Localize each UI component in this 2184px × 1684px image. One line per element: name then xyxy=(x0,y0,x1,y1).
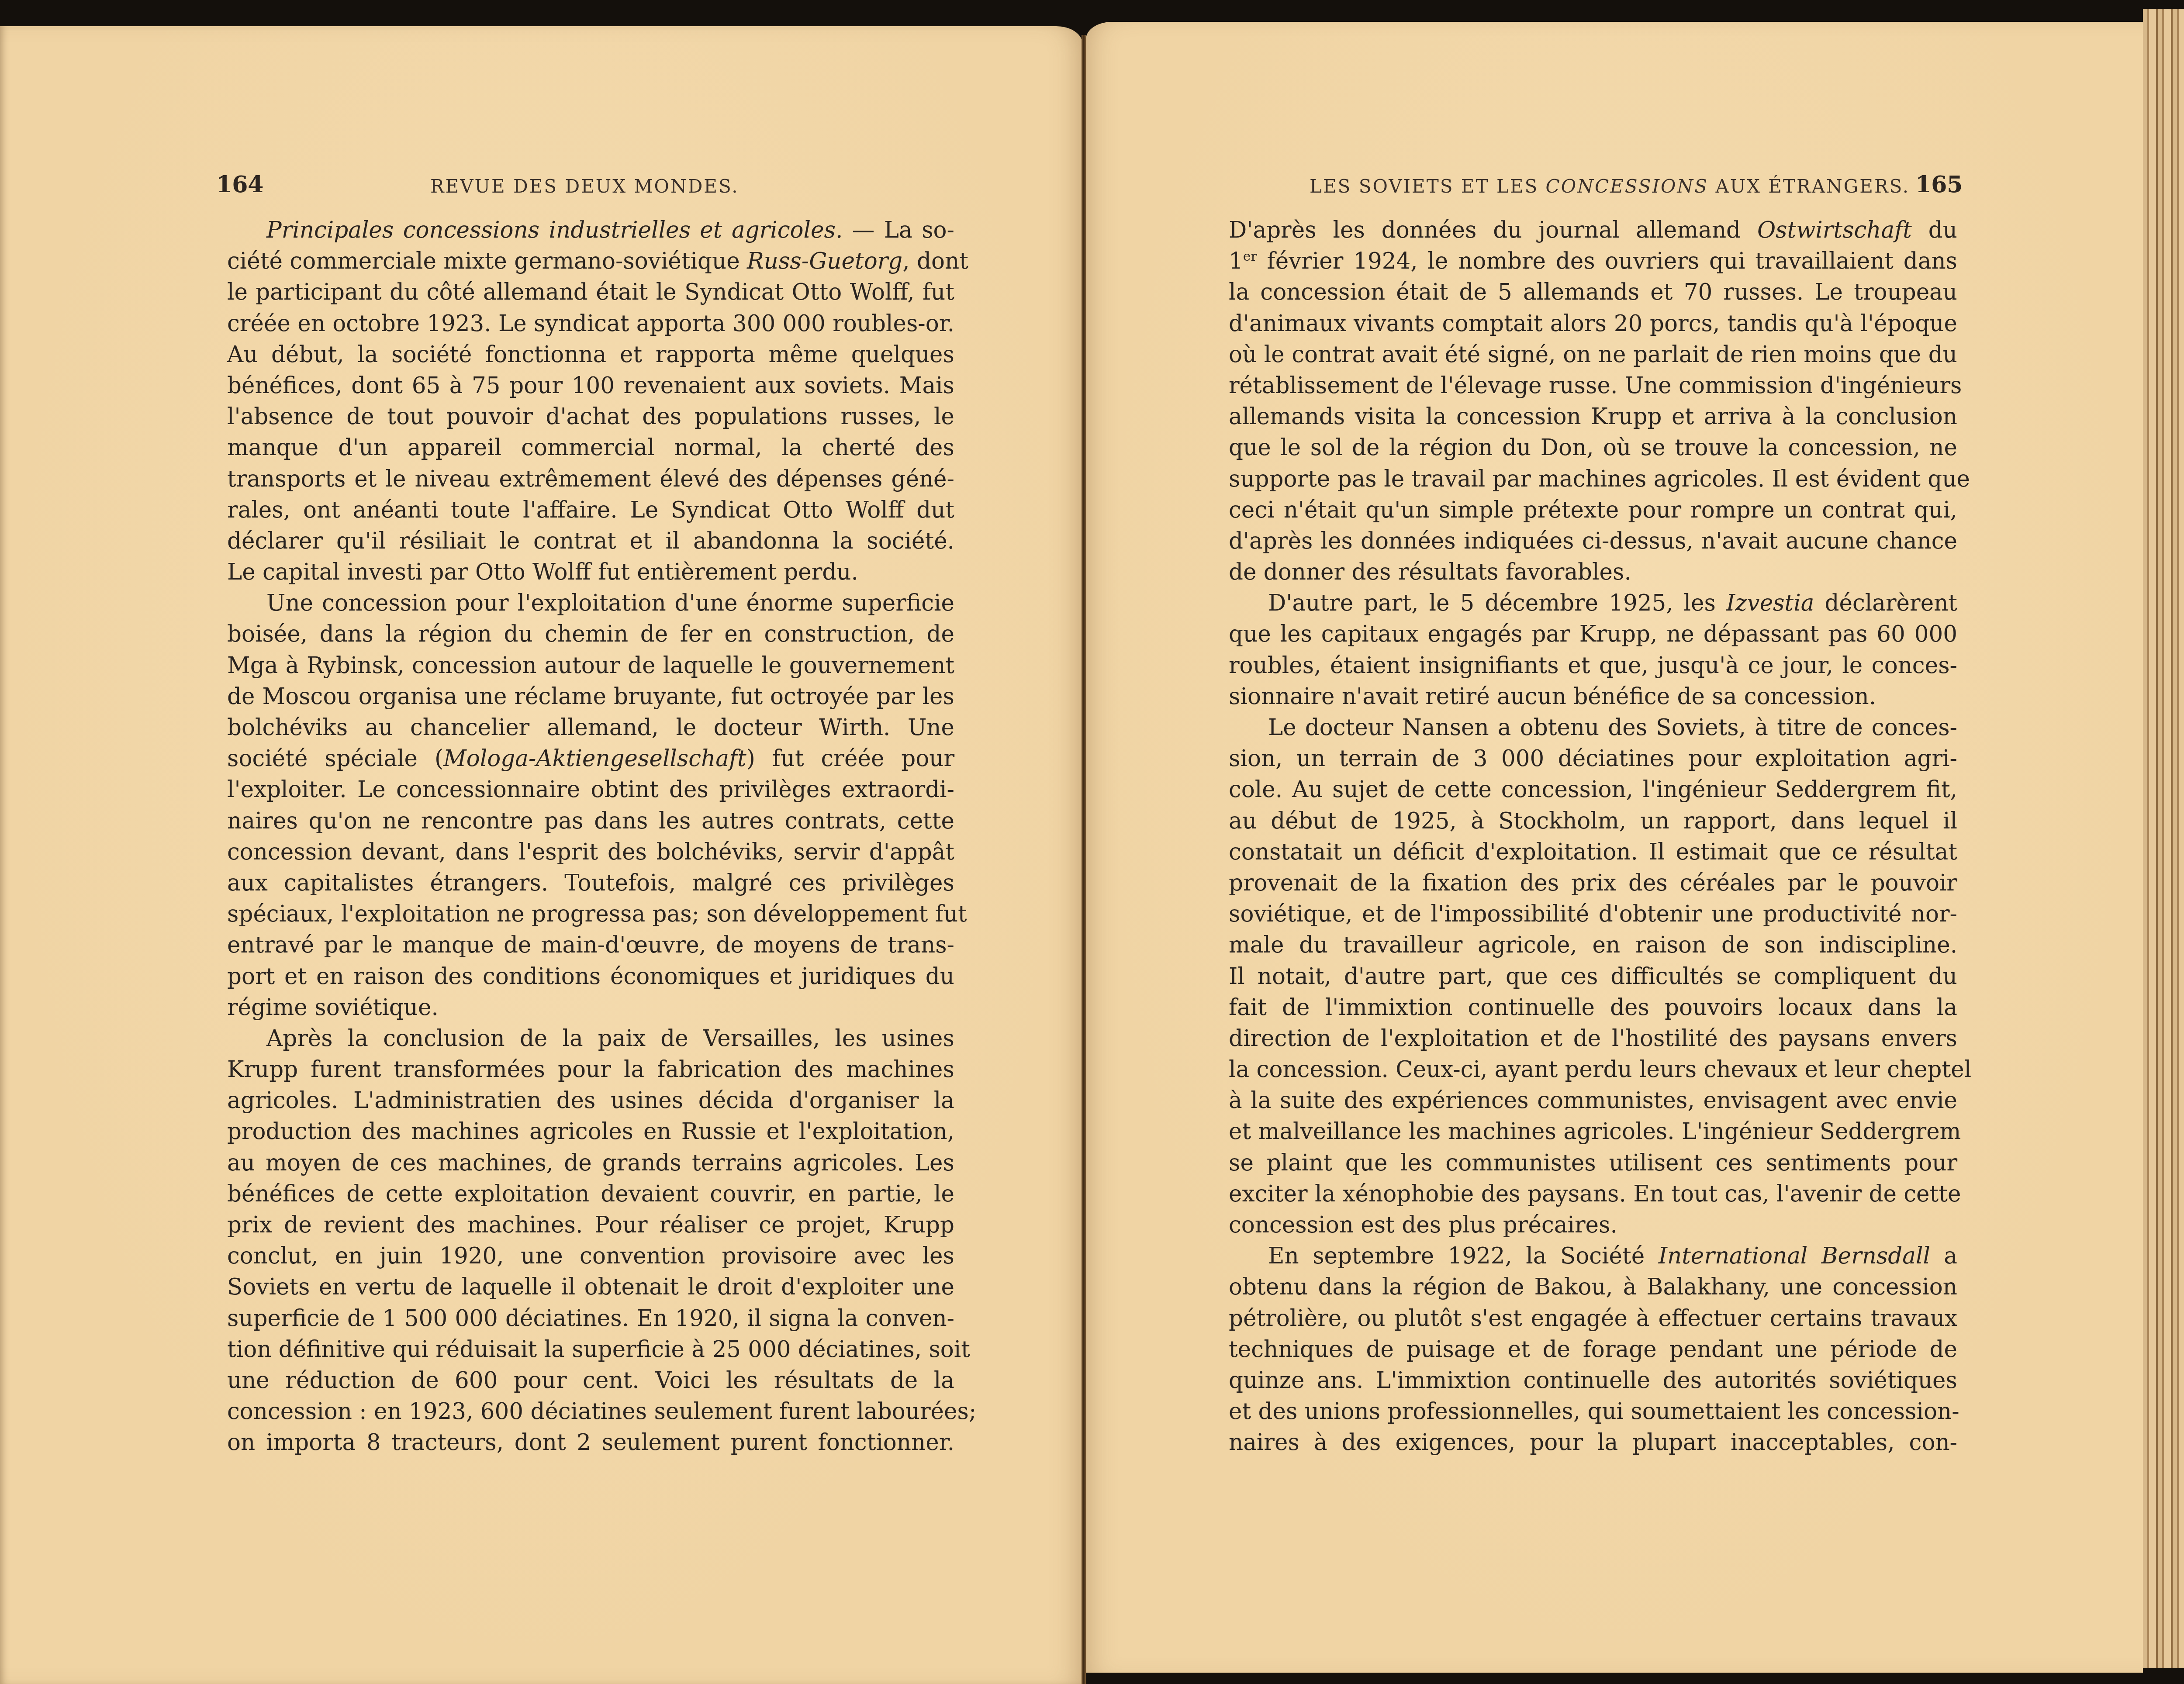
text-segment: transports et le niveau extrêmement élev… xyxy=(227,466,954,492)
text-segment: constatait un déficit d'exploitation. Il… xyxy=(1229,839,1957,865)
text-segment: agricoles. L'administratien des usines d… xyxy=(227,1087,954,1114)
text-segment: de Moscou organisa une réclame bruyante,… xyxy=(227,683,954,710)
text-segment: bénéfices de cette exploitation devaient… xyxy=(227,1181,954,1207)
text-segment: février 1924, le nombre des ouvriers qui… xyxy=(1257,248,1957,274)
text-segment: Soviets en vertu de laquelle il obtenait… xyxy=(227,1274,954,1300)
text-line: male du travailleur agricole, en raison … xyxy=(1229,930,1957,961)
text-line: bolchéviks au chancelier allemand, le do… xyxy=(227,712,954,743)
text-line: et malveillance les machines agricoles. … xyxy=(1229,1116,1957,1147)
text-segment: supporte pas le travail par machines agr… xyxy=(1229,466,1970,492)
text-segment: rétablissement de l'élevage russe. Une c… xyxy=(1229,373,1962,399)
text-line: Le capital investi par Otto Wolff fut en… xyxy=(227,557,954,588)
text-segment: sionnaire n'avait retiré aucun bénéfice … xyxy=(1229,683,1876,710)
text-segment: on importa 8 tracteurs, dont 2 seulement… xyxy=(227,1429,954,1456)
right-running-head: LES SOVIETS ET LES CONCESSIONS AUX ÉTRAN… xyxy=(1310,176,1910,197)
text-segment: d'animaux vivants comptait alors 20 porc… xyxy=(1229,311,1957,337)
text-segment: soviétique, et de l'impossibilité d'obte… xyxy=(1229,901,1957,927)
italic-text: Mologa-Aktiengesellschaft xyxy=(443,745,746,772)
text-segment: En septembre 1922, la Société xyxy=(1268,1243,1659,1269)
text-line: concession : en 1923, 600 déciatines seu… xyxy=(227,1396,954,1427)
text-segment: que le sol de la région du Don, où se tr… xyxy=(1229,435,1957,461)
text-line: manque d'un appareil commercial normal, … xyxy=(227,432,954,463)
text-line: la concession était de 5 allemands et 70… xyxy=(1229,277,1957,308)
italic-text: Ostwirtschaft xyxy=(1757,217,1912,243)
text-segment: spéciaux, l'exploitation ne progressa pa… xyxy=(227,901,967,927)
text-line: on importa 8 tracteurs, dont 2 seulement… xyxy=(227,1427,954,1458)
text-line: société spéciale (Mologa-Aktiengesellsch… xyxy=(227,743,954,774)
text-line: ceci n'était qu'un simple prétexte pour … xyxy=(1229,495,1957,526)
text-segment: fait de l'immixtion continuelle des pouv… xyxy=(1229,994,1957,1021)
text-segment: Au début, la société fonctionna et rappo… xyxy=(227,342,954,368)
text-segment: pétrolière, ou plutôt s'est engagée à ef… xyxy=(1229,1305,1957,1332)
text-segment: er xyxy=(1243,249,1257,264)
text-segment: provenait de la fixation des prix des cé… xyxy=(1229,870,1957,896)
text-segment: Le docteur Nansen a obtenu des Soviets, … xyxy=(1268,714,1957,741)
text-segment: Le capital investi par Otto Wolff fut en… xyxy=(227,559,858,585)
page-edges xyxy=(2143,9,2184,1668)
text-line: au moyen de ces machines, de grands terr… xyxy=(227,1148,954,1179)
text-segment: entravé par le manque de main-d'œuvre, d… xyxy=(227,932,954,958)
text-line: le participant du côté allemand était le… xyxy=(227,277,954,308)
text-segment: prix de revient des machines. Pour réali… xyxy=(227,1212,954,1238)
text-segment: ) fut créée pour xyxy=(746,745,954,772)
text-line: de donner des résultats favorables. xyxy=(1229,557,1957,588)
text-segment: une réduction de 600 pour cent. Voici le… xyxy=(227,1367,954,1394)
text-line: supporte pas le travail par machines agr… xyxy=(1229,464,1957,495)
running-head-post: AUX ÉTRANGERS. xyxy=(1708,176,1910,197)
text-line: aux capitalistes étrangers. Toutefois, m… xyxy=(227,868,954,899)
text-line: et des unions professionnelles, qui soum… xyxy=(1229,1396,1957,1427)
text-segment: bénéfices, dont 65 à 75 pour 100 revenai… xyxy=(227,373,954,399)
text-segment: à la suite des expériences communistes, … xyxy=(1229,1087,1957,1114)
text-segment: concession : en 1923, 600 déciatines seu… xyxy=(227,1398,976,1425)
text-segment: a xyxy=(1930,1243,1957,1269)
text-segment: d'après les données indiquées ci-dessus,… xyxy=(1229,528,1957,554)
text-line: rétablissement de l'élevage russe. Une c… xyxy=(1229,370,1957,401)
text-line: bénéfices de cette exploitation devaient… xyxy=(227,1179,954,1210)
italic-text: Russ-Guetorg xyxy=(747,248,902,274)
text-line: roubles, étaient insignifiants et que, j… xyxy=(1229,650,1957,681)
book-gutter xyxy=(1082,35,1086,1684)
text-line: D'après les données du journal allemand … xyxy=(1229,215,1957,246)
text-segment: Il notait, d'autre part, que ces difficu… xyxy=(1229,963,1957,990)
text-line: naires qu'on ne rencontre pas dans les a… xyxy=(227,806,954,837)
text-segment: naires qu'on ne rencontre pas dans les a… xyxy=(227,808,954,834)
text-line: port et en raison des conditions économi… xyxy=(227,961,954,992)
text-segment: direction de l'exploitation et de l'host… xyxy=(1229,1025,1957,1052)
text-line: bénéfices, dont 65 à 75 pour 100 revenai… xyxy=(227,370,954,401)
text-line: Krupp furent transformées pour la fabric… xyxy=(227,1054,954,1085)
text-line: En septembre 1922, la Société Internatio… xyxy=(1229,1241,1957,1272)
text-segment: obtenu dans la région de Bakou, à Balakh… xyxy=(1229,1274,1957,1300)
text-segment: superficie de 1 500 000 déciatines. En 1… xyxy=(227,1305,954,1332)
text-segment: manque d'un appareil commercial normal, … xyxy=(227,435,954,461)
text-line: créée en octobre 1923. Le syndicat appor… xyxy=(227,308,954,339)
text-line: soviétique, et de l'impossibilité d'obte… xyxy=(1229,899,1957,930)
text-line: pétrolière, ou plutôt s'est engagée à ef… xyxy=(1229,1303,1957,1334)
left-page-body: Principales concessions industrielles et… xyxy=(227,215,954,1459)
text-segment: concession devant, dans l'esprit des bol… xyxy=(227,839,954,865)
text-line: d'animaux vivants comptait alors 20 porc… xyxy=(1229,308,1957,339)
text-line: conclut, en juin 1920, une convention pr… xyxy=(227,1241,954,1272)
text-segment: conclut, en juin 1920, une convention pr… xyxy=(227,1243,954,1269)
text-line: transports et le niveau extrêmement élev… xyxy=(227,464,954,495)
text-line: ciété commerciale mixte germano-soviétiq… xyxy=(227,246,954,277)
text-segment: port et en raison des conditions économi… xyxy=(227,963,954,990)
text-segment: déclarèrent xyxy=(1814,590,1957,616)
text-line: Mga à Rybinsk, concession autour de laqu… xyxy=(227,650,954,681)
text-segment: se plaint que les communistes utilisent … xyxy=(1229,1150,1957,1176)
text-line: une réduction de 600 pour cent. Voici le… xyxy=(227,1365,954,1396)
italic-text: International Bernsdall xyxy=(1659,1243,1930,1269)
italic-text: Izvestia xyxy=(1726,590,1814,616)
text-segment: Après la conclusion de la paix de Versai… xyxy=(266,1025,954,1052)
text-segment: exciter la xénophobie des paysans. En to… xyxy=(1229,1181,1961,1207)
text-segment: Mga à Rybinsk, concession autour de laqu… xyxy=(227,652,954,679)
text-segment: concession est des plus précaires. xyxy=(1229,1212,1617,1238)
text-line: production des machines agricoles en Rus… xyxy=(227,1116,954,1147)
text-line: concession devant, dans l'esprit des bol… xyxy=(227,837,954,868)
text-line: l'exploiter. Le concessionnaire obtint d… xyxy=(227,774,954,805)
text-segment: le participant du côté allemand était le… xyxy=(227,279,954,305)
text-segment: ciété commerciale mixte germano-soviétiq… xyxy=(227,248,747,274)
text-segment: au début de 1925, à Stockholm, un rappor… xyxy=(1229,808,1957,834)
text-line: cole. Au sujet de cette concession, l'in… xyxy=(1229,774,1957,805)
text-segment: , dont xyxy=(902,248,968,274)
book-spread: 164 REVUE DES DEUX MONDES. LES SOVIETS E… xyxy=(0,0,2184,1684)
text-line: Principales concessions industrielles et… xyxy=(227,215,954,246)
text-segment: et des unions professionnelles, qui soum… xyxy=(1229,1398,1959,1425)
text-segment: que les capitaux engagés par Krupp, ne d… xyxy=(1229,621,1957,647)
text-line: quinze ans. L'immixtion continuelle des … xyxy=(1229,1365,1957,1396)
text-segment: Krupp furent transformées pour la fabric… xyxy=(227,1056,954,1083)
text-line: de Moscou organisa une réclame bruyante,… xyxy=(227,681,954,712)
text-line: à la suite des expériences communistes, … xyxy=(1229,1085,1957,1116)
text-segment: D'autre part, le 5 décembre 1925, les xyxy=(1268,590,1726,616)
text-line: sion, un terrain de 3 000 déciatines pou… xyxy=(1229,743,1957,774)
text-line: constatait un déficit d'exploitation. Il… xyxy=(1229,837,1957,868)
text-line: Soviets en vertu de laquelle il obtenait… xyxy=(227,1272,954,1303)
text-line: où le contrat avait été signé, on ne par… xyxy=(1229,339,1957,370)
text-segment: cole. Au sujet de cette concession, l'in… xyxy=(1229,776,1957,803)
text-line: Après la conclusion de la paix de Versai… xyxy=(227,1023,954,1054)
text-segment: boisée, dans la région du chemin de fer … xyxy=(227,621,954,647)
left-running-head: REVUE DES DEUX MONDES. xyxy=(430,176,739,197)
text-segment: l'absence de tout pouvoir d'achat des po… xyxy=(227,404,954,430)
text-line: Le docteur Nansen a obtenu des Soviets, … xyxy=(1229,712,1957,743)
text-segment: allemands visita la concession Krupp et … xyxy=(1229,404,1957,430)
text-segment: 1 xyxy=(1229,248,1243,274)
text-segment: la concession était de 5 allemands et 70… xyxy=(1229,279,1957,305)
text-line: Il notait, d'autre part, que ces difficu… xyxy=(1229,961,1957,992)
text-segment: rales, ont anéanti toute l'affaire. Le S… xyxy=(227,497,954,523)
text-line: techniques de puisage et de forage penda… xyxy=(1229,1334,1957,1365)
text-segment: déclarer qu'il résiliait le contrat et i… xyxy=(227,528,954,554)
text-line: l'absence de tout pouvoir d'achat des po… xyxy=(227,401,954,432)
text-segment: de donner des résultats favorables. xyxy=(1229,559,1631,585)
text-segment: créée en octobre 1923. Le syndicat appor… xyxy=(227,311,954,337)
text-segment: production des machines agricoles en Rus… xyxy=(227,1118,954,1145)
text-line: superficie de 1 500 000 déciatines. En 1… xyxy=(227,1303,954,1334)
text-segment: et malveillance les machines agricoles. … xyxy=(1229,1118,1961,1145)
right-page-number: 165 xyxy=(1915,171,1963,198)
text-line: direction de l'exploitation et de l'host… xyxy=(1229,1023,1957,1054)
text-segment: roubles, étaient insignifiants et que, j… xyxy=(1229,652,1957,679)
text-segment: male du travailleur agricole, en raison … xyxy=(1229,932,1957,958)
text-segment: sion, un terrain de 3 000 déciatines pou… xyxy=(1229,745,1957,772)
text-line: au début de 1925, à Stockholm, un rappor… xyxy=(1229,806,1957,837)
text-line: concession est des plus précaires. xyxy=(1229,1210,1957,1241)
text-segment: ceci n'était qu'un simple prétexte pour … xyxy=(1229,497,1957,523)
right-page-body: D'après les données du journal allemand … xyxy=(1229,215,1957,1459)
text-segment: Une concession pour l'exploitation d'une… xyxy=(266,590,954,616)
text-line: régime soviétique. xyxy=(227,992,954,1023)
text-line: boisée, dans la région du chemin de fer … xyxy=(227,619,954,650)
text-line: 1er février 1924, le nombre des ouvriers… xyxy=(1229,246,1957,277)
running-head-italic: CONCESSIONS xyxy=(1546,176,1708,197)
text-line: que les capitaux engagés par Krupp, ne d… xyxy=(1229,619,1957,650)
text-line: spéciaux, l'exploitation ne progressa pa… xyxy=(227,899,954,930)
text-line: que le sol de la région du Don, où se tr… xyxy=(1229,432,1957,463)
running-head-pre: LES SOVIETS ET LES xyxy=(1310,176,1546,197)
text-line: tion définitive qui réduisait la superfi… xyxy=(227,1334,954,1365)
text-line: déclarer qu'il résiliait le contrat et i… xyxy=(227,526,954,557)
text-line: provenait de la fixation des prix des cé… xyxy=(1229,868,1957,899)
left-page-number: 164 xyxy=(216,171,264,198)
italic-text: Principales concessions industrielles et… xyxy=(266,217,843,243)
text-line: agricoles. L'administratien des usines d… xyxy=(227,1085,954,1116)
text-line: la concession. Ceux-ci, ayant perdu leur… xyxy=(1229,1054,1957,1085)
text-segment: naires à des exigences, pour la plupart … xyxy=(1229,1429,1957,1456)
text-segment: au moyen de ces machines, de grands terr… xyxy=(227,1150,954,1176)
text-segment: — La so- xyxy=(843,217,954,243)
text-line: fait de l'immixtion continuelle des pouv… xyxy=(1229,992,1957,1023)
text-segment: techniques de puisage et de forage penda… xyxy=(1229,1336,1957,1363)
text-line: entravé par le manque de main-d'œuvre, d… xyxy=(227,930,954,961)
text-line: d'après les données indiquées ci-dessus,… xyxy=(1229,526,1957,557)
text-line: allemands visita la concession Krupp et … xyxy=(1229,401,1957,432)
text-segment: du xyxy=(1912,217,1957,243)
text-line: prix de revient des machines. Pour réali… xyxy=(227,1210,954,1241)
text-segment: bolchéviks au chancelier allemand, le do… xyxy=(227,714,954,741)
text-segment: société spéciale ( xyxy=(227,745,443,772)
text-line: D'autre part, le 5 décembre 1925, les Iz… xyxy=(1229,588,1957,619)
text-line: obtenu dans la région de Bakou, à Balakh… xyxy=(1229,1272,1957,1303)
text-line: Au début, la société fonctionna et rappo… xyxy=(227,339,954,370)
text-segment: l'exploiter. Le concessionnaire obtint d… xyxy=(227,776,954,803)
text-segment: tion définitive qui réduisait la superfi… xyxy=(227,1336,970,1363)
text-line: se plaint que les communistes utilisent … xyxy=(1229,1148,1957,1179)
text-segment: D'après les données du journal allemand xyxy=(1229,217,1757,243)
text-segment: quinze ans. L'immixtion continuelle des … xyxy=(1229,1367,1957,1394)
text-segment: aux capitalistes étrangers. Toutefois, m… xyxy=(227,870,954,896)
text-segment: la concession. Ceux-ci, ayant perdu leur… xyxy=(1229,1056,1971,1083)
text-segment: où le contrat avait été signé, on ne par… xyxy=(1229,342,1957,368)
text-line: rales, ont anéanti toute l'affaire. Le S… xyxy=(227,495,954,526)
text-line: naires à des exigences, pour la plupart … xyxy=(1229,1427,1957,1458)
text-segment: régime soviétique. xyxy=(227,994,439,1021)
text-line: sionnaire n'avait retiré aucun bénéfice … xyxy=(1229,681,1957,712)
text-line: Une concession pour l'exploitation d'une… xyxy=(227,588,954,619)
text-line: exciter la xénophobie des paysans. En to… xyxy=(1229,1179,1957,1210)
